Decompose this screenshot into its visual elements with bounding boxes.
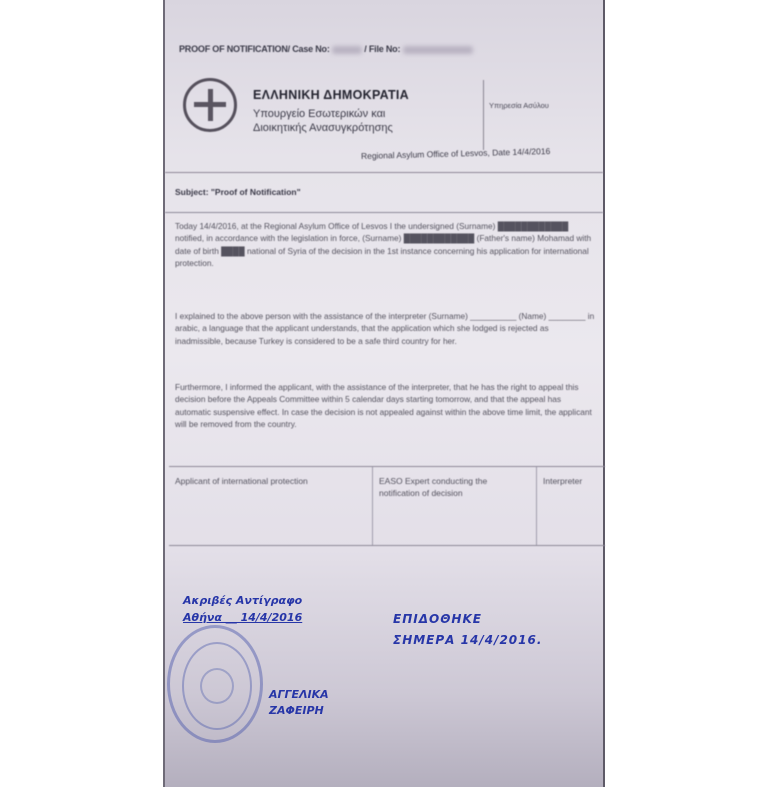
handwritten-certified-copy: Ακριβές Αντίγραφο (183, 594, 302, 607)
signature-cell-interpreter: Interpreter (537, 467, 605, 545)
redacted-case-number (332, 46, 362, 54)
file-label: / File No: (364, 44, 400, 54)
handwritten-served: ΕΠΙΔΟΘΗΚΕ (393, 612, 482, 626)
ministry-line-1: Υπουργείο Εσωτερικών και (253, 107, 393, 121)
subject-line: Subject: "Proof of Notification" (175, 187, 301, 197)
republic-title: ΕΛΛΗΝΙΚΗ ΔΗΜΟΚΡΑΤΙΑ (253, 88, 409, 102)
handwritten-signer-last: ΖΑΦΕΙΡΗ (269, 704, 324, 717)
office-and-date: Regional Asylum Office of Lesvos, Date 1… (361, 146, 551, 161)
signature-cell-applicant: Applicant of international protection (169, 467, 373, 545)
service-name: Υπηρεσία Ασύλου (489, 101, 549, 110)
case-label: PROOF OF NOTIFICATION/ Case No: (179, 44, 330, 54)
paragraph-notification: Today 14/4/2016, at the Regional Asylum … (175, 220, 595, 269)
header-line: PROOF OF NOTIFICATION/ Case No: / File N… (179, 44, 473, 54)
signature-table: Applicant of international protection EA… (169, 466, 605, 546)
handwritten-signer-first: ΑΓΓΕΛΙΚΑ (269, 688, 329, 701)
handwritten-athens-date: Αθήνα __ 14/4/2016 (183, 611, 302, 624)
signature-cell-easo-expert: EASO Expert conducting the notification … (373, 467, 537, 545)
redacted-file-number (403, 46, 473, 54)
divider (165, 212, 603, 213)
official-seal-stamp-icon (167, 625, 263, 743)
handwritten-served-date: ΣΗΜΕΡΑ 14/4/2016. (393, 633, 542, 647)
divider (165, 172, 603, 173)
document-photo: PROOF OF NOTIFICATION/ Case No: / File N… (163, 0, 605, 787)
header-divider (483, 80, 484, 150)
ministry-name: Υπουργείο Εσωτερικών και Διοικητικής Ανα… (253, 107, 393, 135)
paragraph-appeal-rights: Furthermore, I informed the applicant, w… (175, 381, 595, 430)
paragraph-explanation: I explained to the above person with the… (175, 310, 595, 347)
ministry-line-2: Διοικητικής Ανασυγκρότησης (253, 121, 393, 135)
greek-emblem-icon (183, 78, 237, 132)
